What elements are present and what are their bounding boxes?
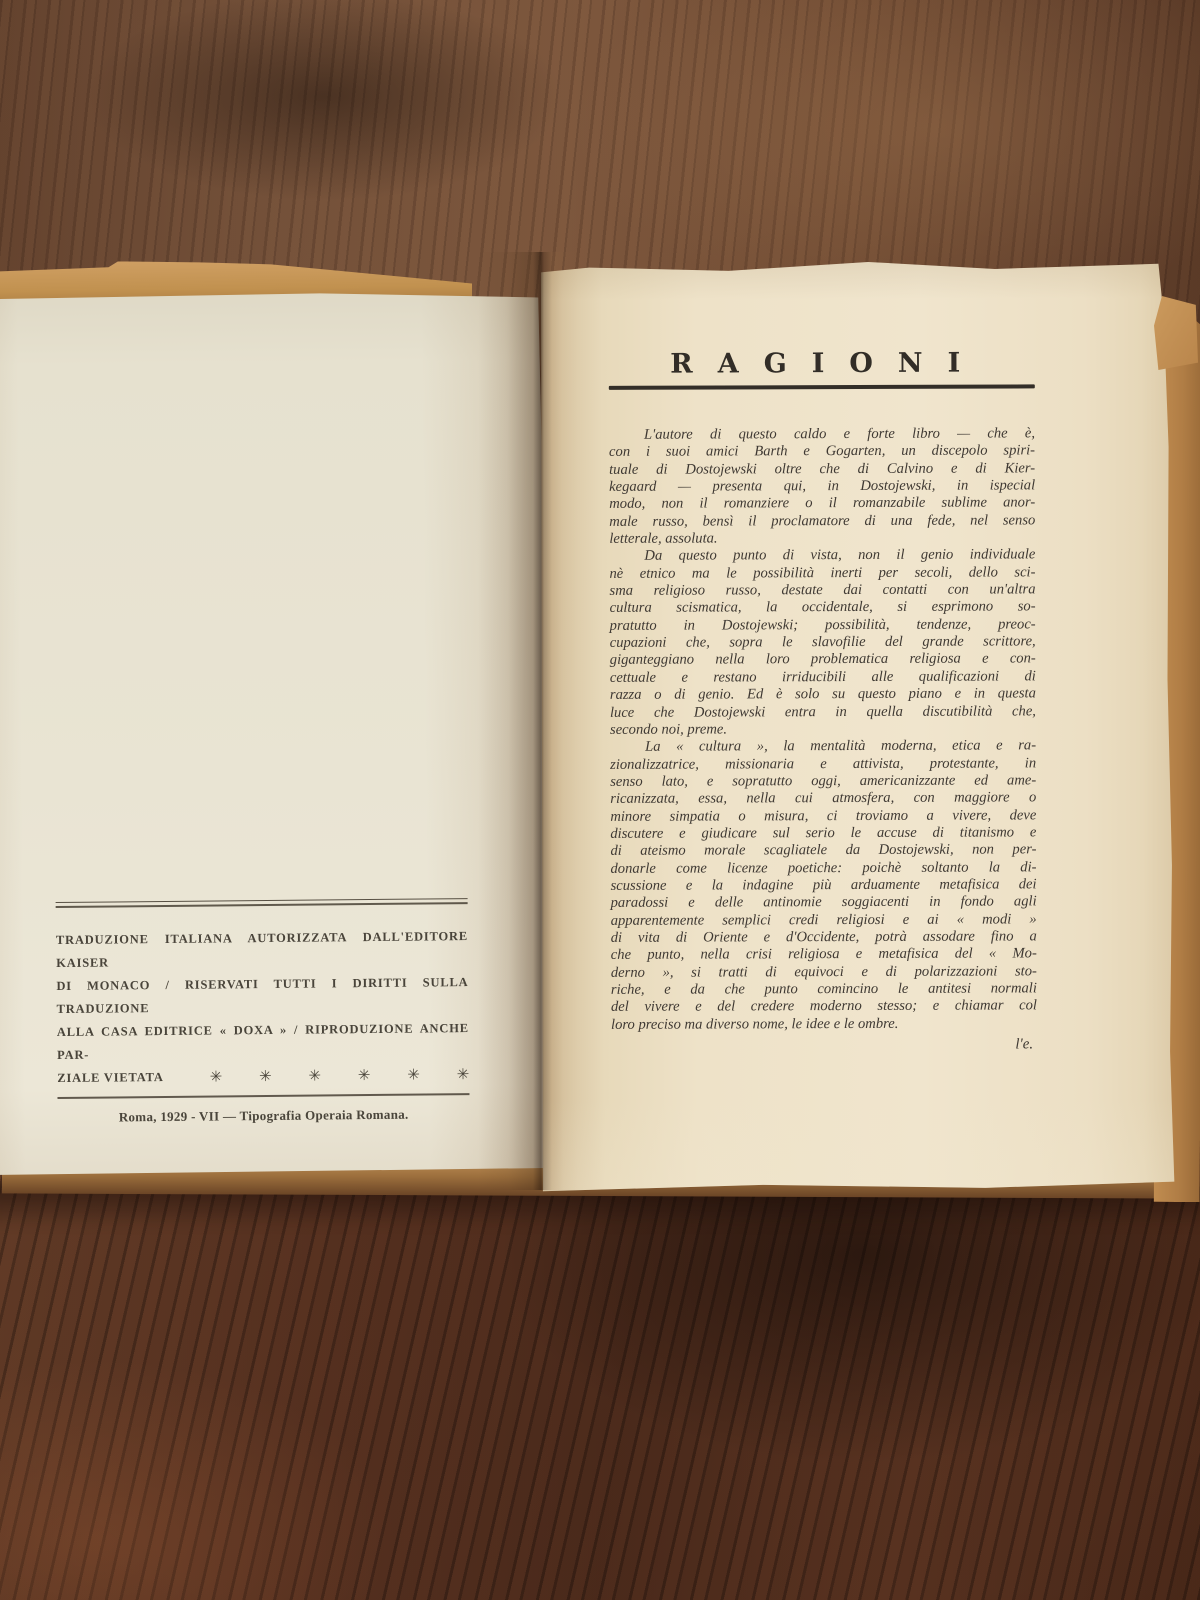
chapter-block: RAGIONI L'autore di questo caldo e forte…: [609, 347, 1037, 1055]
text-line: L'autore di questo caldo e forte libro —…: [609, 425, 1035, 444]
colophon-line: TRADUZIONE ITALIANA AUTORIZZATA DALL'EDI…: [56, 925, 468, 975]
text-line: del vivere e del credere moderno stesso;…: [611, 998, 1037, 1017]
text-line: giganteggiano nella loro problematica re…: [610, 651, 1036, 670]
editor-signature: l'e.: [611, 1035, 1037, 1054]
text-line: razza o di genio. Ed è solo su questo pi…: [610, 686, 1036, 705]
text-line: zionalizzatrice, missionaria e attivista…: [610, 755, 1036, 774]
text-line: male russo, bensì il proclamatore di una…: [609, 512, 1035, 531]
text-line: cultura scismatica, la occidentale, si e…: [610, 599, 1036, 618]
text-line: minore simpatia o misura, ci troviamo a …: [610, 807, 1036, 826]
text-line: La « cultura », la mentalità moderna, et…: [610, 738, 1036, 757]
text-line: discutere e giudicare sul serio le accus…: [610, 824, 1036, 843]
star-ornament-icon: ✳: [358, 1064, 371, 1087]
colophon-line-text: ZIALE VIETATA: [57, 1066, 164, 1090]
text-line: scussione e la indagine più arduamente m…: [611, 876, 1037, 895]
text-line: di ateismo morale scagliatele da Dostoje…: [610, 842, 1036, 861]
text-line: loro preciso ma diverso nome, le idee e …: [611, 1015, 1037, 1034]
star-ornament-icon: ✳: [457, 1063, 470, 1086]
right-page: RAGIONI L'autore di questo caldo e forte…: [538, 261, 1175, 1193]
photo-open-book: TRADUZIONE ITALIANA AUTORIZZATA DALL'EDI…: [0, 0, 1200, 1600]
text-line: con i suoi amici Barth e Gogarten, un di…: [609, 443, 1035, 462]
colophon-text: TRADUZIONE ITALIANA AUTORIZZATA DALL'EDI…: [56, 925, 470, 1090]
text-line: senso lato, e sopratutto oggi, americani…: [610, 772, 1036, 791]
colophon-last-line: ZIALE VIETATA ✳✳✳✳✳✳: [57, 1063, 469, 1090]
text-line: cupazioni che, sopra le slavofilie del g…: [610, 634, 1036, 653]
colophon-line: ALLA CASA EDITRICE « DOXA » / RIPRODUZIO…: [57, 1017, 469, 1067]
body-text: L'autore di questo caldo e forte libro —…: [609, 425, 1037, 1055]
divider-rule: [57, 1093, 469, 1099]
text-line: Da questo punto di vista, non il genio i…: [609, 547, 1035, 566]
text-line: nè etnico ma le possibilità inerti per s…: [609, 564, 1035, 583]
star-ornament-icon: ✳: [407, 1064, 420, 1087]
text-line: derno », si tratti di equivoci e di pola…: [611, 963, 1037, 982]
text-line: ricanizzata, essa, nella cui atmosfera, …: [610, 790, 1036, 809]
star-ornament-icon: ✳: [308, 1065, 321, 1088]
text-line: kegaard — presenta qui, in Dostojewski, …: [609, 477, 1035, 496]
paragraph: L'autore di questo caldo e forte libro —…: [609, 425, 1035, 548]
star-ornament-icon: ✳: [210, 1065, 223, 1088]
text-line: letterale, assoluta.: [609, 529, 1035, 548]
book-cover-corner-flap: [1154, 296, 1198, 370]
text-line: secondo noi, preme.: [610, 720, 1036, 739]
paragraph: Da questo punto di vista, non il genio i…: [609, 547, 1036, 739]
printer-imprint: Roma, 1929 - VII — Tipografia Operaia Ro…: [58, 1106, 470, 1126]
text-line: paradossi e delle antinomie soggiacenti …: [611, 894, 1037, 913]
text-line: apparentemente semplici credi religiosi …: [611, 911, 1037, 930]
text-line: riche, e da che punto comincino le antit…: [611, 980, 1037, 999]
chapter-title: RAGIONI: [609, 347, 1035, 380]
left-page: TRADUZIONE ITALIANA AUTORIZZATA DALL'EDI…: [0, 290, 552, 1177]
star-ornament-row: ✳✳✳✳✳✳: [164, 1063, 470, 1089]
text-line: che punto, nella crisi religiosa e metaf…: [611, 946, 1037, 965]
text-line: sma religioso russo, destate dai contatt…: [609, 581, 1035, 600]
text-line: donarle come licenze poetiche: poichè so…: [610, 859, 1036, 878]
text-line: pratutto in Dostojewski; possibilità, te…: [610, 616, 1036, 635]
text-line: tuale di Dostojewski oltre che di Calvin…: [609, 460, 1035, 479]
colophon-line: DI MONACO / RISERVATI TUTTI I DIRITTI SU…: [56, 971, 468, 1021]
book-gutter-shadow: [478, 252, 578, 1190]
divider-double-rule: [56, 898, 468, 908]
text-line: cettuale e restano irriducibili alle qua…: [610, 668, 1036, 687]
title-underline: [609, 384, 1035, 389]
star-ornament-icon: ✳: [259, 1065, 272, 1088]
text-line: di vita di Oriente e d'Occidente, potrà …: [611, 928, 1037, 947]
text-line: modo, non il romanziere o il romanzabile…: [609, 495, 1035, 514]
colophon-block: TRADUZIONE ITALIANA AUTORIZZATA DALL'EDI…: [56, 898, 470, 1126]
paragraph: La « cultura », la mentalità moderna, et…: [610, 738, 1037, 1034]
text-line: luce che Dostojewski entra in quella dis…: [610, 703, 1036, 722]
